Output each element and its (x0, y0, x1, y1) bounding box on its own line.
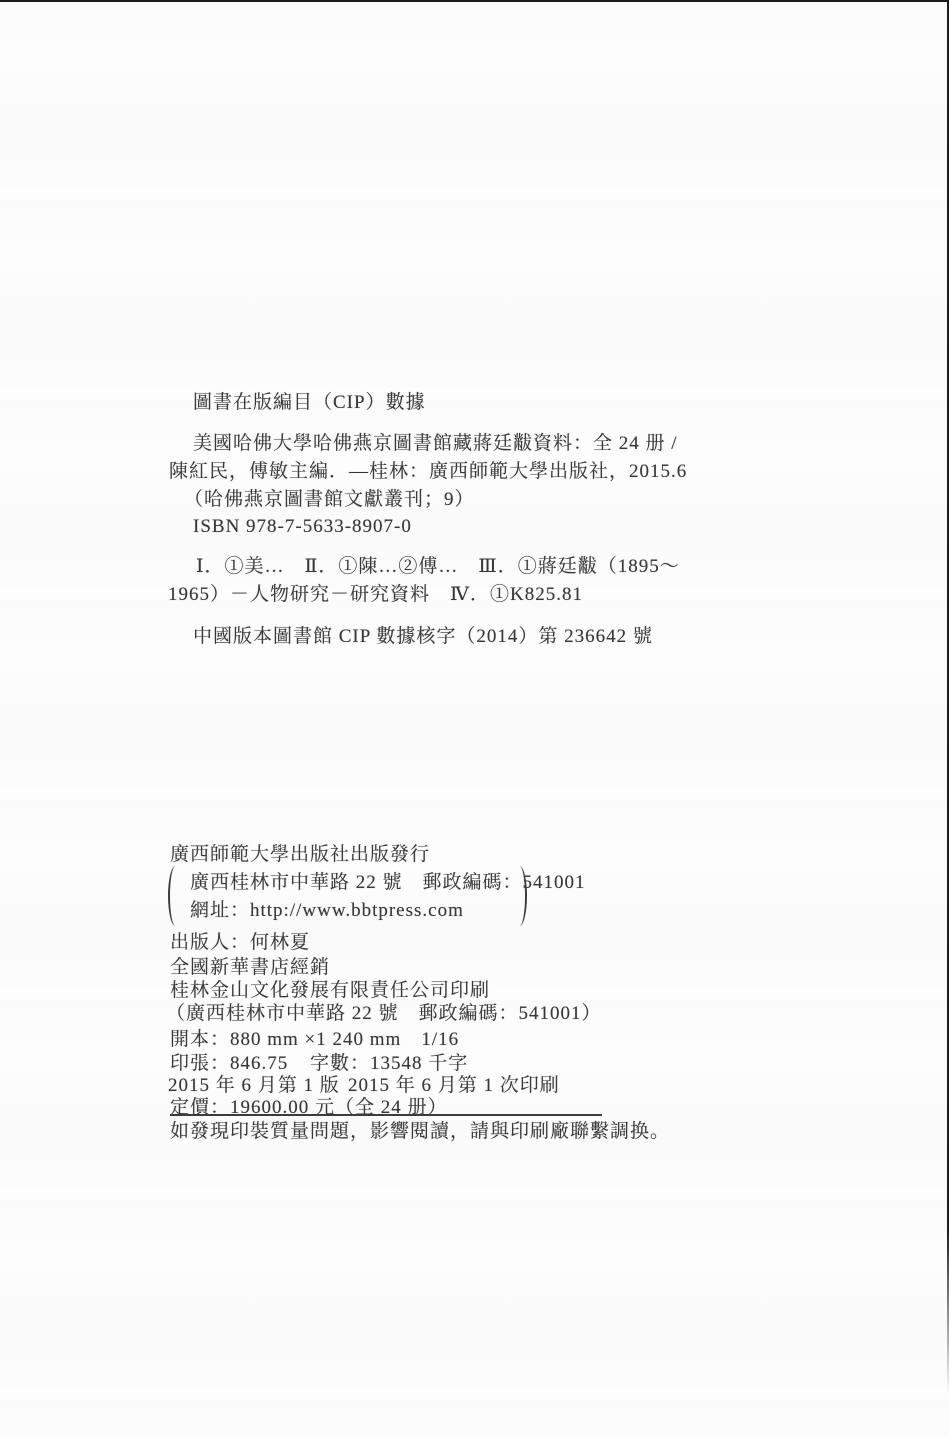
cip-classification-line-2: 1965）－人物研究－研究資料 Ⅳ．①K825.81 (168, 584, 583, 606)
publisher-line: 廣西師範大學出版社出版發行 (170, 844, 430, 866)
edition-printing-row: 2015 年 6 月第 1 版 2015 年 6 月第 1 次印刷 (168, 1075, 340, 1097)
format-line: 開本：880 mm ×1 240 mm 1/16 (170, 1029, 459, 1051)
printer-address-line: （廣西桂林市中華路 22 號 郵政編碼：541001） (166, 1003, 602, 1025)
sheets-wordcount-row: 印張：846.75 字數：13548 千字 (170, 1053, 288, 1075)
distribution-line: 全國新華書店經銷 (170, 957, 330, 979)
printing-item: 2015 年 6 月第 1 次印刷 (348, 1075, 560, 1097)
edition-item: 2015 年 6 月第 1 版 (168, 1075, 340, 1096)
cip-description-line-2: 陳紅民，傅敏主編．—桂林：廣西師範大學出版社，2015.6 (169, 461, 687, 483)
publisher-person-line: 出版人：何林夏 (170, 932, 310, 954)
large-paren-right-icon (512, 866, 527, 926)
cip-copyright-page: 圖書在版編目（CIP）數據 美國哈佛大學哈佛燕京圖書館藏蔣廷黻資料：全 24 册… (0, 0, 949, 1437)
cip-series-note: （哈佛燕京圖書館文獻叢刊；9） (184, 489, 475, 511)
sheets-item: 印張：846.75 (170, 1053, 288, 1074)
cip-registration-number: 中國版本圖書館 CIP 數據核字（2014）第 236642 號 (193, 626, 653, 648)
quality-notice: 如發現印裝質量問題，影響閱讀，請與印刷廠聯繫調换。 (170, 1114, 602, 1143)
cip-heading: 圖書在版編目（CIP）數據 (193, 392, 426, 414)
publisher-website-line: 網址：http://www.bbtpress.com (190, 900, 464, 922)
cip-classification-line-1: Ⅰ．①美… Ⅱ．①陳…②傅… Ⅲ．①蔣廷黻（1895～ (196, 556, 680, 578)
large-paren-left-icon (168, 866, 183, 926)
cip-isbn: ISBN 978-7-5633-8907-0 (193, 516, 412, 538)
scan-edge-top (0, 0, 949, 2)
cip-description-line-1: 美國哈佛大學哈佛燕京圖書館藏蔣廷黻資料：全 24 册 / (193, 433, 678, 455)
word-count-item: 字數：13548 千字 (310, 1053, 468, 1075)
printer-line: 桂林金山文化發展有限責任公司印刷 (170, 980, 490, 1002)
